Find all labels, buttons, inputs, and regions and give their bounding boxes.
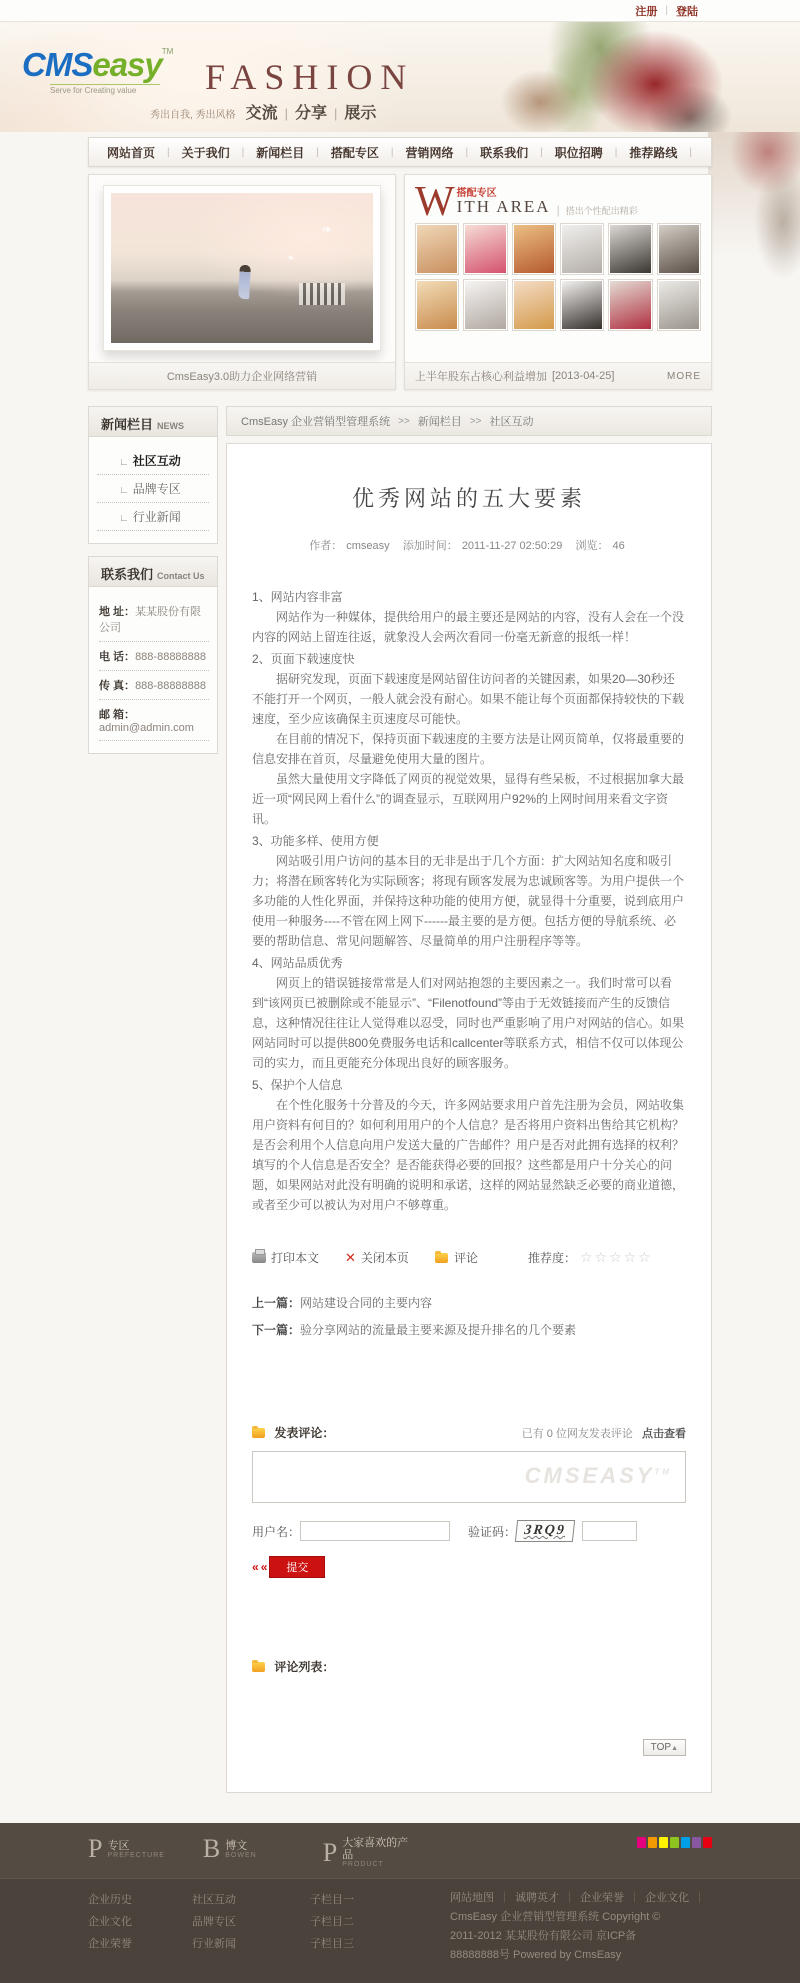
next-article-row: 下一篇：验分享网站的流量最主要来源及提升排名的几个要素 xyxy=(252,1321,686,1338)
nav-item-marketing[interactable]: 营销网络 xyxy=(394,144,466,161)
close-icon: ✕ xyxy=(345,1250,356,1266)
submit-marker: « xyxy=(252,1560,259,1574)
sidebar-item-label: 社区互动 xyxy=(133,454,181,468)
footer-links-product: 子栏目一 子栏目二 子栏目三 xyxy=(310,1889,450,1965)
comment-count-text: 已有 0 位网友发表评论 xyxy=(522,1428,633,1440)
contact-label: 电 话： xyxy=(99,651,135,663)
copyright-line-2: 2011-2012 某某股份有限公司 京ICP备 xyxy=(450,1927,712,1946)
rating-label: 推荐度： xyxy=(528,1249,576,1266)
footer-links-prefecture: 企业历史 企业文化 企业荣誉 xyxy=(88,1889,192,1965)
slogan-word: 展示 xyxy=(344,105,376,122)
banner-title-block: FASHION 秀出自我, 秀出风格 交流|分享|展示 xyxy=(150,56,414,123)
sidebar-item-brand[interactable]: ∟品牌专区 xyxy=(97,475,209,503)
footer-big-letter: P xyxy=(323,1841,337,1865)
model-thumbnail[interactable] xyxy=(463,279,507,331)
article-body: 1、网站内容非富 网站作为一种媒体，提供给用户的最主要还是网站的内容，没有人会在… xyxy=(252,587,686,1215)
sidebar-item-industry[interactable]: ∟行业新闻 xyxy=(97,503,209,531)
with-area-big-letter: W xyxy=(415,187,455,217)
captcha-image[interactable]: 3RQ9 xyxy=(515,1520,575,1542)
folder-icon xyxy=(252,1428,265,1438)
article-panel: 优秀网站的五大要素 作者：cmseasy 添加时间：2011-11-27 02:… xyxy=(226,443,712,1793)
contact-label: 地 址： xyxy=(99,606,135,618)
model-thumbnail[interactable] xyxy=(608,223,652,275)
slogan-separator: | xyxy=(285,106,288,121)
register-link[interactable]: 注册 xyxy=(635,3,657,19)
model-thumbnail[interactable] xyxy=(415,223,459,275)
contact-fax: 传 真：888-88888888 xyxy=(99,671,209,700)
username-label: 用户名： xyxy=(252,1523,300,1540)
comment-textarea[interactable] xyxy=(252,1451,686,1503)
banner-slogan: 交流|分享|展示 xyxy=(246,100,377,123)
article-heading: 2、页面下载速度快 xyxy=(252,649,686,669)
footer-col-subtitle: BOWEN xyxy=(225,1852,256,1859)
model-thumbnail[interactable] xyxy=(560,223,604,275)
top-utility-bar: 注册 | 登陆 xyxy=(0,0,800,22)
footer-link[interactable]: 子栏目三 xyxy=(310,1933,450,1955)
footer-col-subtitle: PRODUCT xyxy=(342,1861,417,1868)
footer-link-separator: ｜ xyxy=(629,1892,640,1904)
footer-link[interactable]: 社区互动 xyxy=(192,1889,310,1911)
banner-subtitle: 秀出自我, 秀出风格 xyxy=(150,106,236,121)
banner-title: FASHION xyxy=(205,56,414,98)
breadcrumb-community[interactable]: 社区互动 xyxy=(490,413,534,429)
contact-header-cn: 联系我们 xyxy=(101,564,153,583)
close-page-button[interactable]: ✕关闭本页 xyxy=(345,1249,409,1266)
figure-silhouette xyxy=(238,265,251,300)
username-input[interactable] xyxy=(300,1521,450,1541)
breadcrumb-separator: >> xyxy=(470,416,482,427)
footer-link[interactable]: 行业新闻 xyxy=(192,1933,310,1955)
main-nav: 网站首页| 关于我们| 新闻栏目| 搭配专区| 营销网络| 联系我们| 职位招聘… xyxy=(88,137,712,167)
footer-links-row: 网站地图｜诚聘英才｜企业荣誉｜企业文化｜ xyxy=(450,1889,712,1908)
footer-right-block xyxy=(455,1837,712,1854)
contact-value: admin@admin.com xyxy=(99,722,194,734)
contact-header: 联系我们 Contact Us xyxy=(89,557,217,587)
meta-time-label: 添加时间： xyxy=(403,540,458,552)
news-headline-link[interactable]: 上半年股东占核心利益增加 xyxy=(415,368,547,384)
sidebar: 新闻栏目 NEWS ∟社区互动 ∟品牌专区 ∟行业新闻 联系我们 Contact… xyxy=(88,406,218,766)
branch-icon: ∟ xyxy=(119,513,129,524)
branch-icon: ∟ xyxy=(119,457,129,468)
page: 注册 | 登陆 CMSeasyTM Serve for Creating val… xyxy=(0,0,800,1983)
with-area-header: W 搭配专区 ITH AREA | 搭出个性配出精彩 xyxy=(415,183,701,217)
rating-stars[interactable]: ☆☆☆☆☆ xyxy=(580,1249,653,1266)
article-heading: 5、保护个人信息 xyxy=(252,1075,686,1095)
slogan-word: 交流 xyxy=(246,105,278,122)
footer-link[interactable]: 子栏目二 xyxy=(310,1911,450,1933)
sidebar-item-community[interactable]: ∟社区互动 xyxy=(97,447,209,475)
nav-item-news[interactable]: 新闻栏目 xyxy=(244,144,316,161)
news-header-cn: 新闻栏目 xyxy=(101,414,153,433)
footer-col-bowen: B 博文BOWEN xyxy=(203,1837,257,1861)
print-button[interactable]: 打印本文 xyxy=(252,1249,319,1266)
model-thumbnail[interactable] xyxy=(608,279,652,331)
copyright-line-3: 88888888号 Powered by CmsEasy xyxy=(450,1946,712,1965)
footer-link-jobs[interactable]: 诚聘英才 xyxy=(515,1892,559,1904)
logo-trademark: TM xyxy=(162,47,174,56)
contact-header-en: Contact Us xyxy=(157,571,205,581)
contact-address: 地 址：某某股份有限公司 xyxy=(99,597,209,642)
nav-item-match-area[interactable]: 搭配专区 xyxy=(319,144,391,161)
prev-next-nav: 上一篇：网站建设合同的主要内容 下一篇：验分享网站的流量最主要来源及提升排名的几… xyxy=(252,1294,686,1338)
article-heading: 4、网站品质优秀 xyxy=(252,953,686,973)
model-thumbnail[interactable] xyxy=(657,223,701,275)
banner-photo-spill xyxy=(708,132,800,282)
submit-marker: « xyxy=(261,1560,268,1574)
model-thumbnail[interactable] xyxy=(560,279,604,331)
footer-link-sitemap[interactable]: 网站地图 xyxy=(450,1892,494,1904)
article-paragraph: 网页上的错误链接常常是人们对网站抱怨的主要因素之一。我们时常可以看到“该网页已被… xyxy=(252,973,686,1073)
article-paragraph: 据研究发现，页面下载速度是网站留住访问者的关键因素，如果20—30秒还不能打开一… xyxy=(252,669,686,729)
feature-caption[interactable]: CmsEasy3.0助力企业网络营销 xyxy=(89,362,395,389)
meta-author-value: cmseasy xyxy=(346,540,389,552)
footer-link-honor[interactable]: 企业荣誉 xyxy=(580,1892,624,1904)
article-paragraph: 在个性化服务十分普及的今天，许多网站要求用户首先注册为会员，网站收集用户资料有何… xyxy=(252,1095,686,1215)
captcha-input[interactable] xyxy=(582,1521,637,1541)
feature-photo-frame[interactable]: ❧ ❧ xyxy=(103,185,381,351)
footer-col-title: 大家喜欢的产品 xyxy=(342,1837,417,1861)
footer-link[interactable]: 子栏目一 xyxy=(310,1889,450,1911)
article-heading: 1、网站内容非富 xyxy=(252,587,686,607)
footer-copyright: 网站地图｜诚聘英才｜企业荣誉｜企业文化｜ CmsEasy 企业营销型管理系统 C… xyxy=(450,1889,712,1965)
article-meta: 作者：cmseasy 添加时间：2011-11-27 02:50:29 浏览：4… xyxy=(252,537,686,553)
more-link[interactable]: MORE xyxy=(667,371,701,382)
feature-photo-box: ❧ ❧ CmsEasy3.0助力企业网络营销 xyxy=(88,174,396,390)
contact-label: 邮 箱： xyxy=(99,709,135,721)
view-comments-link[interactable]: 点击查看 xyxy=(642,1428,686,1440)
comment-button[interactable]: 评论 xyxy=(435,1249,478,1266)
model-thumbnail[interactable] xyxy=(657,279,701,331)
news-category-box: 新闻栏目 NEWS ∟社区互动 ∟品牌专区 ∟行业新闻 xyxy=(88,406,218,544)
meta-author-label: 作者： xyxy=(309,540,342,552)
model-thumbnail[interactable] xyxy=(512,223,556,275)
logo-text-cms: CMS xyxy=(22,46,92,83)
thumbnail-grid xyxy=(415,223,701,331)
with-area-footer: 上半年股东占核心利益增加 [2013-04-25] MORE xyxy=(405,362,711,389)
submit-button[interactable]: 提交 xyxy=(269,1556,325,1578)
contact-box: 联系我们 Contact Us 地 址：某某股份有限公司 电 话：888-888… xyxy=(88,556,218,754)
comment-stats: 已有 0 位网友发表评论 点击查看 xyxy=(522,1425,686,1441)
footer-link-culture[interactable]: 企业文化 xyxy=(645,1892,689,1904)
breadcrumb: CmsEasy 企业营销型管理系统 >> 新闻栏目 >> 社区互动 xyxy=(226,406,712,436)
butterfly-decoration: ❧ xyxy=(321,221,333,238)
model-thumbnail[interactable] xyxy=(463,223,507,275)
feature-photo: ❧ ❧ xyxy=(111,193,373,343)
footer-col-product: P 大家喜欢的产品PRODUCT xyxy=(323,1837,418,1868)
meta-views-value: 46 xyxy=(613,540,625,552)
footer-col-prefecture: P 专区PREFECTURE xyxy=(88,1837,165,1861)
arrow-up-icon: ▲ xyxy=(671,1745,678,1752)
with-area-box: W 搭配专区 ITH AREA | 搭出个性配出精彩 xyxy=(404,174,712,390)
footer-link-separator: ｜ xyxy=(499,1892,510,1904)
contact-value: 888-88888888 xyxy=(135,680,206,692)
next-article-link[interactable]: 验分享网站的流量最主要来源及提升排名的几个要素 xyxy=(300,1323,576,1337)
footer-link[interactable]: 企业荣誉 xyxy=(88,1933,192,1955)
footer-col-title: 博文 xyxy=(225,1840,256,1852)
captcha-label: 验证码： xyxy=(468,1523,516,1540)
printer-icon xyxy=(252,1252,266,1263)
with-area-separator: | xyxy=(557,203,560,217)
contact-phone: 电 话：888-88888888 xyxy=(99,642,209,671)
article-paragraph: 网站作为一种媒体，提供给用户的最主要还是网站的内容，没有人会在一个没内容的网站上… xyxy=(252,607,686,647)
article-title: 优秀网站的五大要素 xyxy=(252,482,686,513)
rating: 推荐度： ☆☆☆☆☆ xyxy=(528,1249,653,1266)
nav-item-contact[interactable]: 联系我们 xyxy=(468,144,540,161)
prev-article-link[interactable]: 网站建设合同的主要内容 xyxy=(300,1296,432,1310)
contact-value: 888-88888888 xyxy=(135,651,206,663)
breadcrumb-separator: >> xyxy=(398,416,410,427)
article-paragraph: 网站吸引用户访问的基本目的无非是出于几个方面：扩大网站知名度和吸引力；将潜在顾客… xyxy=(252,851,686,951)
folder-icon xyxy=(252,1662,265,1672)
sidebar-item-label: 品牌专区 xyxy=(133,482,181,496)
footer-link-separator: ｜ xyxy=(564,1892,575,1904)
model-thumbnail[interactable] xyxy=(415,279,459,331)
article-paragraph: 在目前的情况下，保持页面下载速度的主要方法是让网页简单，仅将最重要的信息安排在首… xyxy=(252,729,686,769)
top-label: TOP xyxy=(651,1742,671,1753)
comment-section: 发表评论： 已有 0 位网友发表评论 点击查看 CMSEASYTM 用户名： 验 xyxy=(252,1424,686,1756)
footer-col-subtitle: PREFECTURE xyxy=(107,1852,164,1859)
news-date: [2013-04-25] xyxy=(552,370,614,382)
article-heading: 3、功能多样、使用方便 xyxy=(252,831,686,851)
footer-link[interactable]: 企业历史 xyxy=(88,1889,192,1911)
print-label: 打印本文 xyxy=(271,1249,319,1266)
topbar-separator: | xyxy=(665,5,668,16)
contact-label: 传 真： xyxy=(99,680,135,692)
model-thumbnail[interactable] xyxy=(512,279,556,331)
nav-item-home[interactable]: 网站首页 xyxy=(95,144,167,161)
footer-links-bowen: 社区互动 品牌专区 行业新闻 xyxy=(192,1889,310,1965)
meta-views-label: 浏览： xyxy=(576,540,609,552)
with-area-title-en: ITH AREA xyxy=(457,197,551,216)
back-to-top-button[interactable]: TOP▲ xyxy=(643,1739,686,1756)
footer-link-separator: ｜ xyxy=(694,1892,705,1904)
slogan-word: 分享 xyxy=(295,105,327,122)
slogan-separator: | xyxy=(334,106,337,121)
footer-big-letter: B xyxy=(203,1837,220,1861)
footer-link[interactable]: 品牌专区 xyxy=(192,1911,310,1933)
footer-link[interactable]: 企业文化 xyxy=(88,1911,192,1933)
nav-item-routes[interactable]: 推荐路线 xyxy=(617,144,689,161)
footer: P 专区PREFECTURE B 博文BOWEN P 大家喜欢的产品PRODUC… xyxy=(0,1823,800,1983)
next-label: 下一篇： xyxy=(252,1323,300,1337)
logo-tagline: Serve for Creating value xyxy=(50,84,160,95)
nav-item-jobs[interactable]: 职位招聘 xyxy=(543,144,615,161)
branch-icon: ∟ xyxy=(119,485,129,496)
sidebar-item-label: 行业新闻 xyxy=(133,510,181,524)
nav-item-about[interactable]: 关于我们 xyxy=(170,144,242,161)
header-banner: CMSeasyTM Serve for Creating value FASHI… xyxy=(0,22,800,132)
comment-list-header: 评论列表： xyxy=(274,1658,334,1675)
post-comment-header: 发表评论： xyxy=(274,1424,334,1441)
article-paragraph: 虽然大量使用文字降低了网页的视觉效果，显得有些呆板，不过根据加拿大最近一项“网民… xyxy=(252,769,686,829)
copyright-line-1: CmsEasy 企业营销型管理系统 Copyright © xyxy=(450,1908,712,1927)
news-header-en: NEWS xyxy=(157,421,184,431)
footer-big-letter: P xyxy=(88,1837,102,1861)
contact-email: 邮 箱：admin@admin.com xyxy=(99,700,209,741)
with-area-subtitle: 搭出个性配出精彩 xyxy=(566,204,638,217)
login-link[interactable]: 登陆 xyxy=(676,3,698,19)
footer-col-title: 专区 xyxy=(107,1840,164,1852)
footer-color-logo xyxy=(455,1837,712,1848)
content-column: CmsEasy 企业营销型管理系统 >> 新闻栏目 >> 社区互动 优秀网站的五… xyxy=(226,406,712,1793)
comment-label: 评论 xyxy=(454,1249,478,1266)
meta-time-value: 2011-11-27 02:50:29 xyxy=(462,540,563,552)
breadcrumb-news[interactable]: 新闻栏目 xyxy=(418,413,462,429)
article-toolbar: 打印本文 ✕关闭本页 评论 推荐度： ☆☆☆☆☆ xyxy=(252,1249,686,1266)
breadcrumb-root[interactable]: CmsEasy 企业营销型管理系统 xyxy=(241,413,390,429)
news-category-header: 新闻栏目 NEWS xyxy=(89,407,217,437)
nav-separator: | xyxy=(689,147,692,158)
butterfly-decoration: ❧ xyxy=(287,253,295,264)
close-label: 关闭本页 xyxy=(361,1249,409,1266)
pier-decoration xyxy=(299,283,345,305)
folder-icon xyxy=(435,1253,448,1263)
prev-label: 上一篇： xyxy=(252,1296,300,1310)
prev-article-row: 上一篇：网站建设合同的主要内容 xyxy=(252,1294,686,1311)
